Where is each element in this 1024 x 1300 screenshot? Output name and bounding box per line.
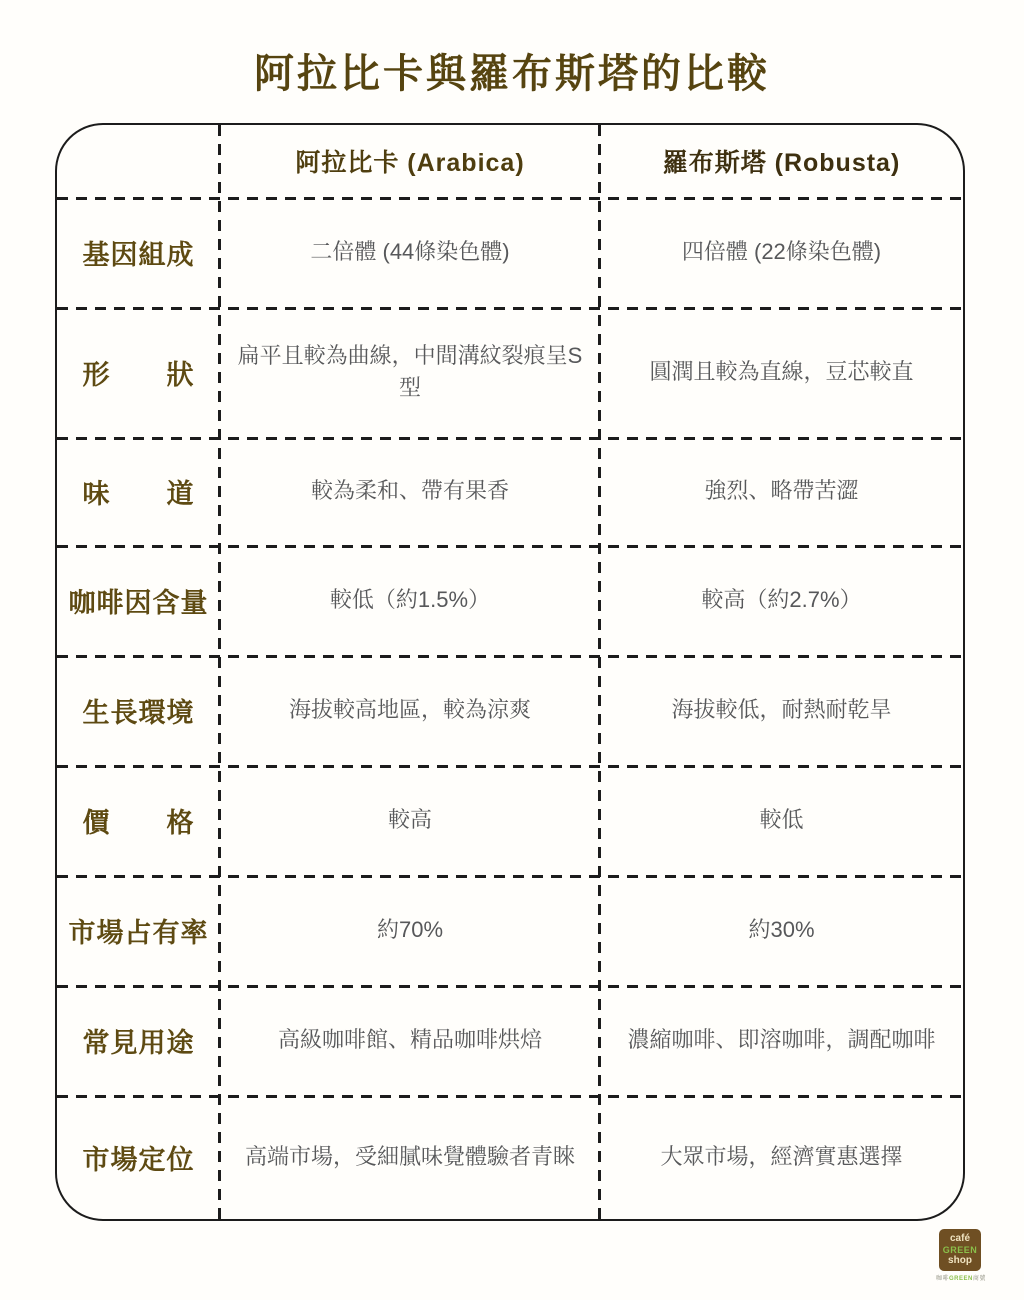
logo-subtext-left: 咖啡	[936, 1276, 949, 1282]
row-divider-5	[57, 655, 963, 658]
cell-market-share-robusta: 約30%	[600, 875, 963, 985]
comparison-poster: 阿拉比卡與羅布斯塔的比較 阿拉比卡 (Arabica) 羅布斯塔 (Robust…	[0, 0, 1024, 1300]
logo-text-green: GREEN	[943, 1245, 978, 1255]
cell-taste-arabica: 較為柔和、帶有果香	[220, 437, 600, 545]
cell-taste-robusta: 強烈、略帶苦澀	[600, 437, 963, 545]
row-label-caffeine: 咖啡因含量	[57, 545, 220, 655]
row-divider-8	[57, 985, 963, 988]
row-label-price: 價 格	[57, 765, 220, 875]
page-title: 阿拉比卡與羅布斯塔的比較	[0, 42, 1024, 99]
cell-market-position-robusta: 大眾市場，經濟實惠選擇	[600, 1095, 963, 1219]
row-divider-2	[57, 307, 963, 310]
cell-market-share-arabica: 約70%	[220, 875, 600, 985]
row-label-environment: 生長環境	[57, 655, 220, 765]
row-divider-4	[57, 545, 963, 548]
cell-market-position-arabica: 高端市場，受細膩味覺體驗者青睞	[220, 1095, 600, 1219]
logo-subtext-mid: GREEN	[949, 1276, 973, 1282]
cell-caffeine-arabica: 較低（約1.5%）	[220, 545, 600, 655]
column-divider-1	[218, 125, 221, 1219]
table-grid: 阿拉比卡 (Arabica) 羅布斯塔 (Robusta) 基因組成 二倍體 (…	[57, 125, 963, 1219]
table-corner-cell	[57, 125, 220, 197]
cell-common-uses-arabica: 高級咖啡館、精品咖啡烘焙	[220, 985, 600, 1095]
row-divider-6	[57, 765, 963, 768]
column-divider-2	[598, 125, 601, 1219]
row-divider-3	[57, 437, 963, 440]
cell-genetics-robusta: 四倍體 (22條染色體)	[600, 197, 963, 307]
row-label-market-position: 市場定位	[57, 1095, 220, 1219]
cell-price-arabica: 較高	[220, 765, 600, 875]
logo-text-shop: shop	[948, 1255, 972, 1267]
comparison-table: 阿拉比卡 (Arabica) 羅布斯塔 (Robusta) 基因組成 二倍體 (…	[55, 123, 965, 1221]
row-label-market-share: 市場占有率	[57, 875, 220, 985]
cell-environment-robusta: 海拔較低，耐熱耐乾旱	[600, 655, 963, 765]
logo-text-cafe: café	[950, 1233, 970, 1245]
row-label-shape: 形 狀	[57, 307, 220, 437]
cell-common-uses-robusta: 濃縮咖啡、即溶咖啡，調配咖啡	[600, 985, 963, 1095]
cell-caffeine-robusta: 較高（約2.7%）	[600, 545, 963, 655]
logo-subtext-right: 商號	[973, 1276, 986, 1282]
cell-shape-arabica: 扁平且較為曲線，中間溝紋裂痕呈S型	[220, 307, 600, 437]
cell-price-robusta: 較低	[600, 765, 963, 875]
column-header-arabica: 阿拉比卡 (Arabica)	[220, 125, 600, 197]
column-header-robusta: 羅布斯塔 (Robusta)	[600, 125, 963, 197]
cell-environment-arabica: 海拔較高地區，較為涼爽	[220, 655, 600, 765]
row-label-common-uses: 常見用途	[57, 985, 220, 1095]
cell-shape-robusta: 圓潤且較為直線，豆芯較直	[600, 307, 963, 437]
brand-logo: café GREEN shop 咖啡GREEN商號	[936, 1229, 984, 1282]
row-divider-9	[57, 1095, 963, 1098]
row-label-taste: 味 道	[57, 437, 220, 545]
cafe-green-shop-logo: café GREEN shop	[939, 1229, 981, 1271]
cell-genetics-arabica: 二倍體 (44條染色體)	[220, 197, 600, 307]
row-divider-1	[57, 197, 963, 200]
row-label-genetics: 基因組成	[57, 197, 220, 307]
row-divider-7	[57, 875, 963, 878]
logo-subtext: 咖啡GREEN商號	[936, 1273, 984, 1282]
